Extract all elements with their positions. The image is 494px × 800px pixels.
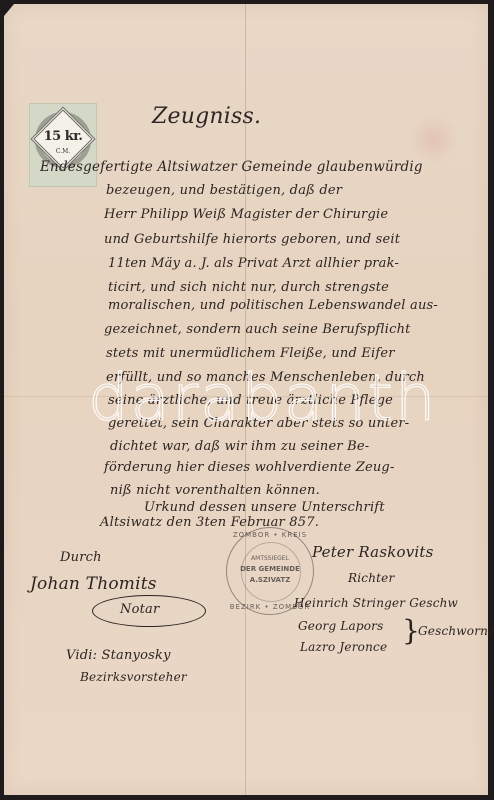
body-line-4: und Geburtshilfe hierorts geboren, und s… — [104, 232, 400, 247]
body-line-5: 11ten Mäy a. J. als Privat Arzt allhier … — [108, 256, 399, 271]
body-line-15: niß nicht vorenthalten können. — [110, 483, 320, 498]
body-line-3: Herr Philipp Weiß Magister der Chirurgie — [104, 207, 388, 222]
stamp-value: 15 kr. — [30, 129, 96, 144]
signature-notary-name: Johan Thomits — [30, 574, 157, 594]
seal-ring-top: ZOMBOR • KREIS — [227, 531, 313, 539]
paper-stain — [409, 114, 459, 164]
signature-vidi-role: Bezirksvorsteher — [80, 670, 187, 684]
seal-line-3: A.SZIVATZ — [227, 576, 313, 584]
seal-line-2: DER GEMEINDE — [227, 565, 313, 573]
signature-by: Durch — [60, 550, 102, 565]
body-line-2: bezeugen, und bestätigen, daß der — [106, 183, 342, 198]
body-line-13: dichtet war, daß wir ihm zu seiner Be- — [110, 439, 369, 454]
watermark: darabanth — [88, 362, 437, 436]
place-date-line: Altsiwatz den 3ten Februar 857. — [100, 515, 319, 530]
body-line-16: Urkund dessen unsere Unterschrift — [144, 500, 385, 515]
seal-line-1: AMTSSIEGEL — [227, 555, 313, 562]
body-line-1: Endesgefertigte Altsiwatzer Gemeinde gla… — [40, 159, 423, 175]
body-line-9: stets mit unermüdlichem Fleiße, und Eife… — [106, 346, 395, 361]
signature-juror-1: Heinrich Stringer Geschw — [294, 596, 458, 610]
body-line-6: ticirt, und sich nicht nur, durch streng… — [108, 280, 389, 295]
signature-judge-name: Peter Raskovits — [312, 543, 434, 561]
body-line-8: gezeichnet, sondern auch seine Berufspfl… — [104, 322, 411, 337]
signature-vidi: Vidi: Stanyosky — [66, 648, 171, 663]
signature-juror-role: Geschworne — [418, 624, 494, 638]
signature-juror-3: Lazro Jeronce — [300, 640, 387, 654]
signature-notary-role: Notar — [120, 602, 159, 617]
stamp-currency: C.M. — [30, 148, 96, 155]
body-line-14: förderung hier dieses wohlverdiente Zeug… — [104, 460, 395, 475]
body-line-7: moralischen, und politischen Lebenswande… — [108, 298, 438, 313]
document-title: Zeugniss. — [152, 104, 261, 129]
signature-juror-2: Georg Lapors — [298, 619, 383, 633]
signature-judge-role: Richter — [348, 571, 394, 585]
